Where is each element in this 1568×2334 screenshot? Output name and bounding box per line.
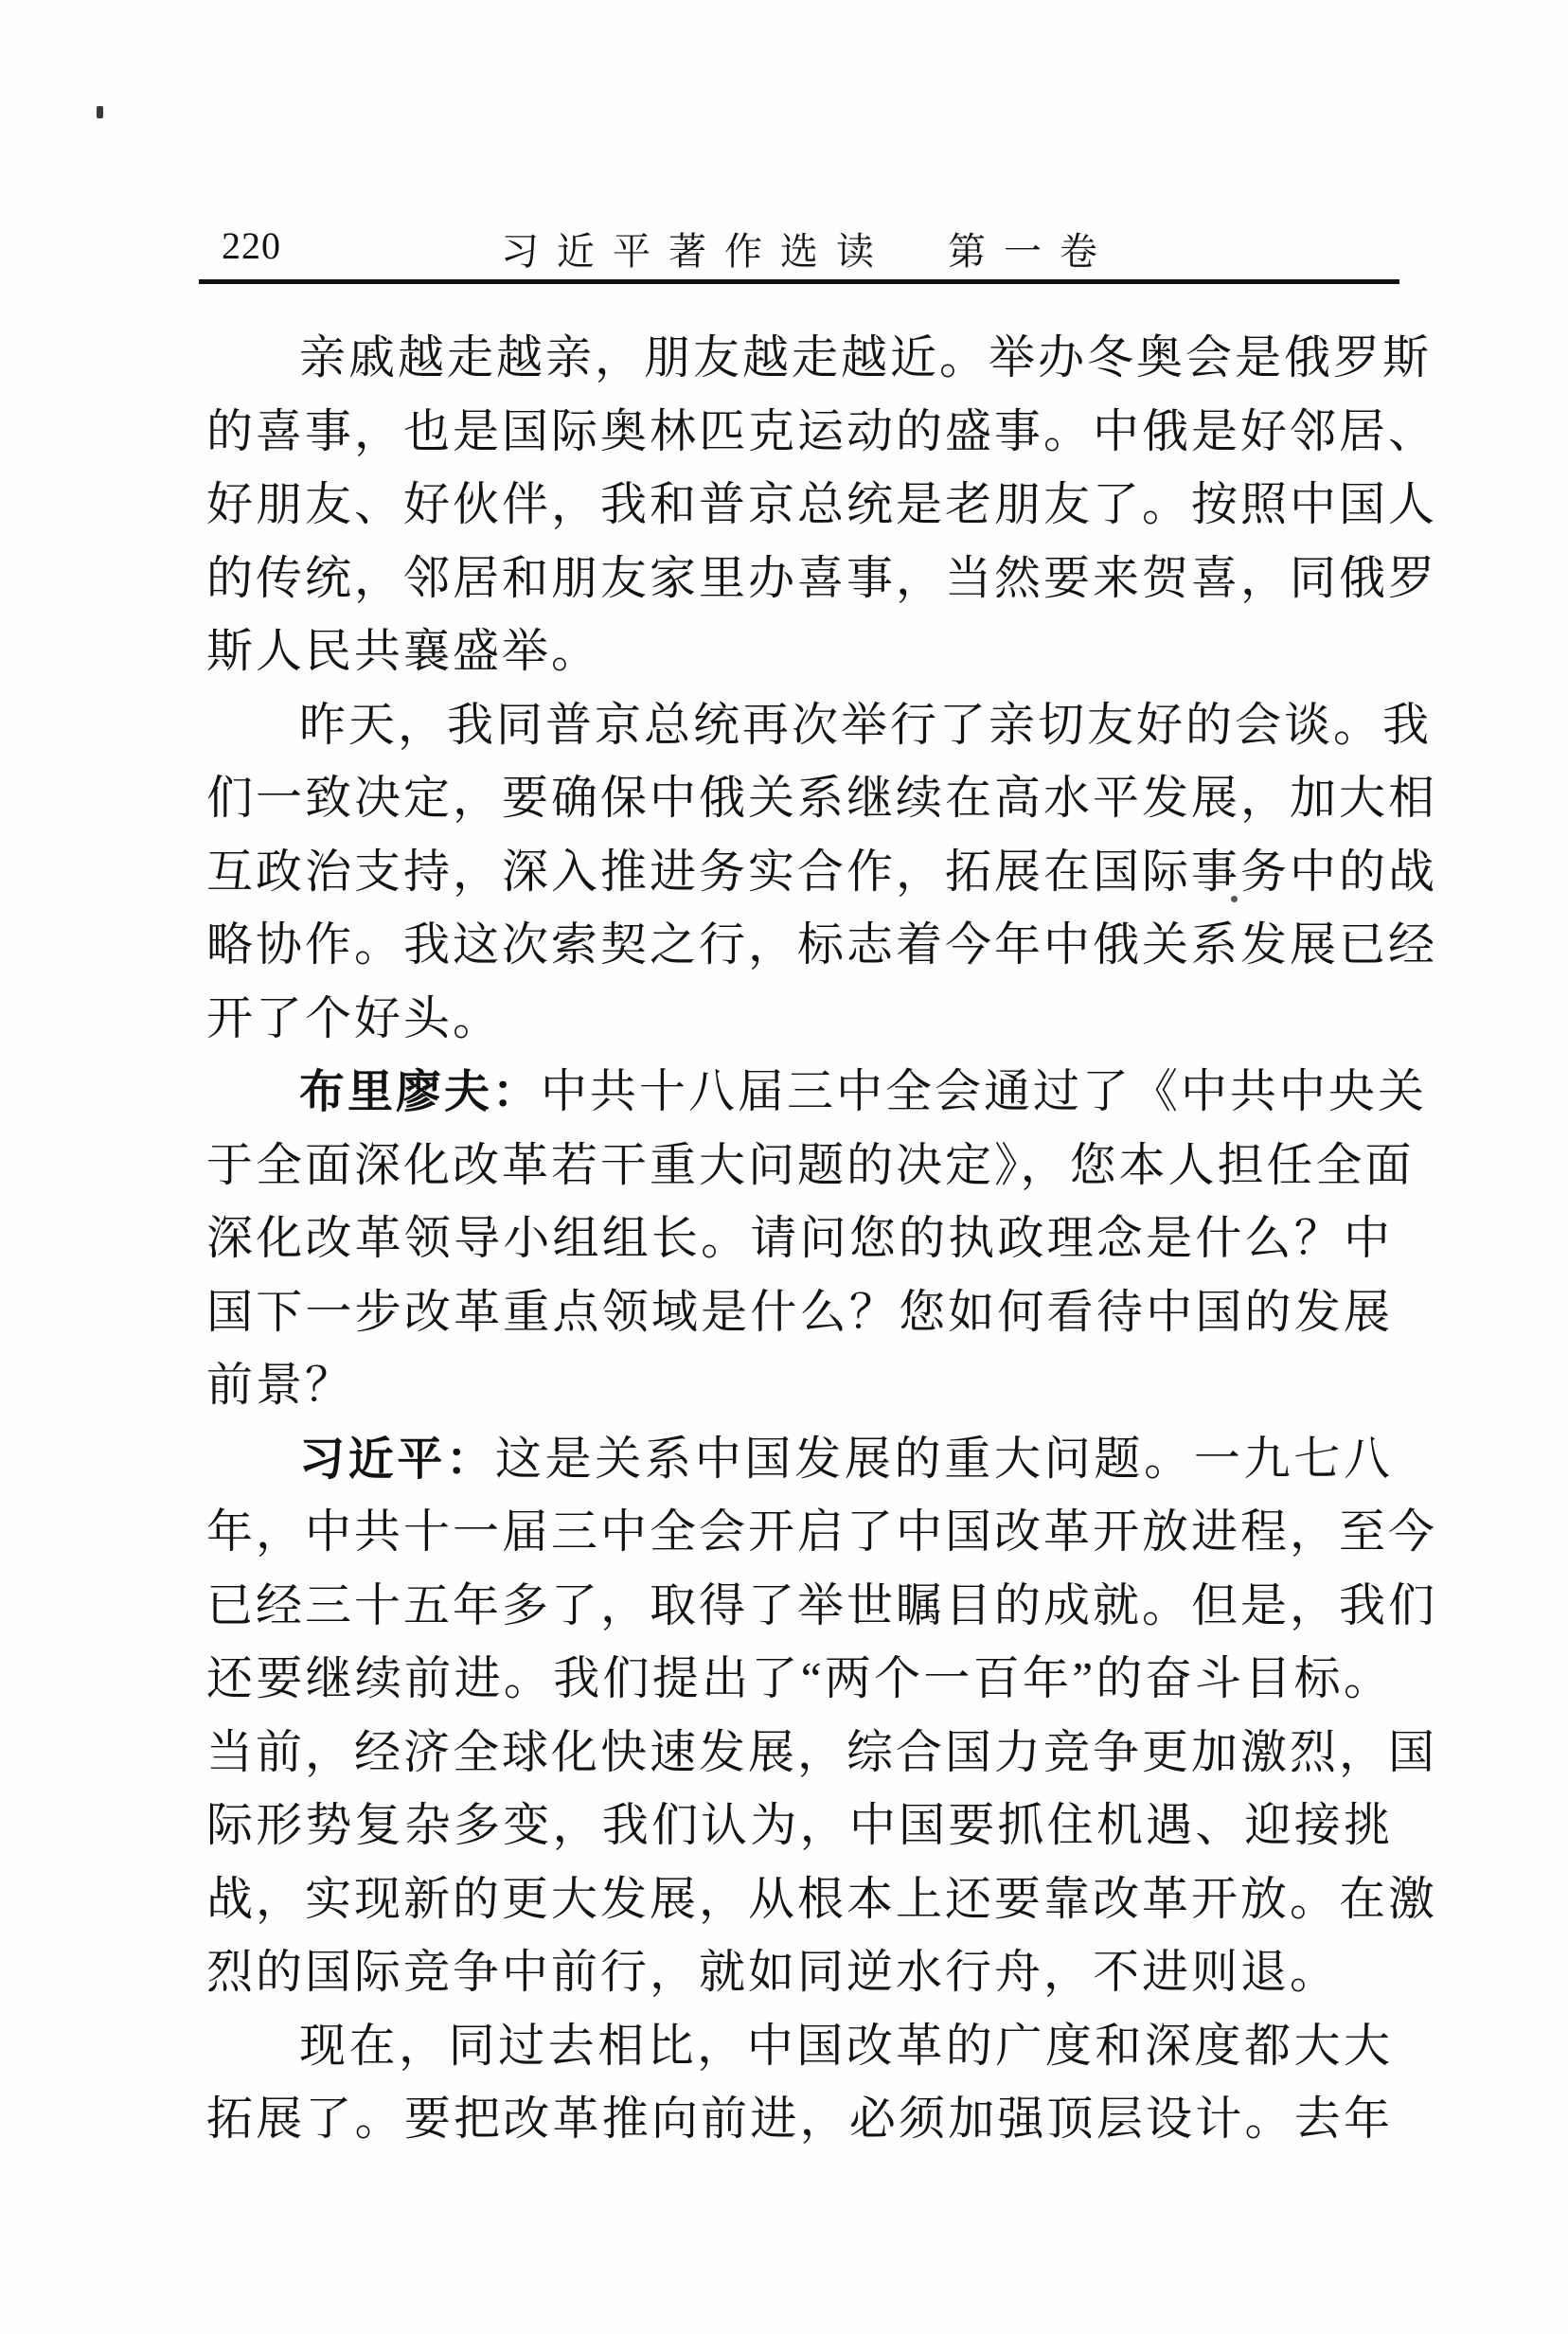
text-line: 现在，同过去相比，中国改革的广度和深度都大大 bbox=[206, 2009, 1393, 2083]
text-line: 习近平：这是关系中国发展的重大问题。一九七八 bbox=[206, 1422, 1393, 1496]
paragraph: 现在，同过去相比，中国改革的广度和深度都大大 拓展了。要把改革推向前进，必须加强… bbox=[206, 2009, 1393, 2156]
text-run: 中共十八届三中全会通过了《中共中央关 bbox=[541, 1065, 1427, 1117]
text-line: 深化改革领导小组组长。请问您的执政理念是什么？中 bbox=[206, 1202, 1393, 1275]
text-line: 烈的国际竞争中前行，就如同逆水行舟，不进则退。 bbox=[206, 1935, 1393, 2009]
text-line: 略协作。我这次索契之行，标志着今年中俄关系发展已经 bbox=[206, 908, 1393, 982]
scan-speck bbox=[97, 106, 103, 118]
paragraph: 亲戚越走越亲，朋友越走越近。举办冬奥会是俄罗斯 的喜事，也是国际奥林匹克运动的盛… bbox=[206, 321, 1393, 688]
text-line: 亲戚越走越亲，朋友越走越近。举办冬奥会是俄罗斯 bbox=[206, 321, 1393, 395]
text-line: 好朋友、好伙伴，我和普京总统是老朋友了。按照中国人 bbox=[206, 468, 1393, 542]
text-line: 际形势复杂多变，我们认为，中国要抓住机遇、迎接挑 bbox=[206, 1789, 1393, 1862]
text-line: 于全面深化改革若干重大问题的决定》，您本人担任全面 bbox=[206, 1129, 1393, 1203]
speaker-name: 习近平： bbox=[299, 1434, 495, 1485]
text-line: 前景？ bbox=[206, 1348, 1393, 1422]
text-line: 开了个好头。 bbox=[206, 982, 1393, 1056]
book-page: 220 习近平著作选读 第一卷 亲戚越走越亲，朋友越走越近。举办冬奥会是俄罗斯 … bbox=[0, 0, 1568, 2334]
paragraph: 布里廖夫：中共十八届三中全会通过了《中共中央关 于全面深化改革若干重大问题的决定… bbox=[206, 1055, 1393, 1422]
text-line: 昨天，我同普京总统再次举行了亲切友好的会谈。我 bbox=[206, 688, 1393, 762]
text-line: 国下一步改革重点领域是什么？您如何看待中国的发展 bbox=[206, 1275, 1393, 1349]
speaker-name: 布里廖夫： bbox=[299, 1067, 541, 1117]
text-line: 已经三十五年多了，取得了举世瞩目的成就。但是，我们 bbox=[206, 1569, 1393, 1643]
page-header: 220 习近平著作选读 第一卷 bbox=[199, 220, 1399, 273]
text-line: 拓展了。要把改革推向前进，必须加强顶层设计。去年 bbox=[206, 2082, 1393, 2156]
text-line: 的喜事，也是国际奥林匹克运动的盛事。中俄是好邻居、 bbox=[206, 395, 1393, 469]
paragraph: 习近平：这是关系中国发展的重大问题。一九七八 年，中共十一届三中全会开启了中国改… bbox=[206, 1422, 1393, 2009]
paragraph: 昨天，我同普京总统再次举行了亲切友好的会谈。我 们一致决定，要确保中俄关系继续在… bbox=[206, 688, 1393, 1056]
running-title: 习近平著作选读 第一卷 bbox=[199, 222, 1399, 276]
text-line: 互政治支持，深入推进务实合作，拓展在国际事务中的战 bbox=[206, 835, 1393, 909]
text-line: 战，实现新的更大发展，从根本上还要靠改革开放。在激 bbox=[206, 1862, 1393, 1936]
header-rule bbox=[199, 279, 1399, 284]
text-line: 年，中共十一届三中全会开启了中国改革开放进程，至今 bbox=[206, 1495, 1393, 1569]
page-body: 亲戚越走越亲，朋友越走越近。举办冬奥会是俄罗斯 的喜事，也是国际奥林匹克运动的盛… bbox=[206, 321, 1393, 2156]
text-line: 们一致决定，要确保中俄关系继续在高水平发展，加大相 bbox=[206, 761, 1393, 835]
text-line: 当前，经济全球化快速发展，综合国力竞争更加激烈，国 bbox=[206, 1716, 1393, 1790]
text-run: 这是关系中国发展的重大问题。一九七八 bbox=[495, 1433, 1393, 1485]
text-line: 的传统，邻居和朋友家里办喜事，当然要来贺喜，同俄罗 bbox=[206, 542, 1393, 615]
text-line: 布里廖夫：中共十八届三中全会通过了《中共中央关 bbox=[206, 1055, 1393, 1129]
text-line: 斯人民共襄盛举。 bbox=[206, 615, 1393, 688]
text-line: 还要继续前进。我们提出了“两个一百年”的奋斗目标。 bbox=[206, 1642, 1393, 1716]
